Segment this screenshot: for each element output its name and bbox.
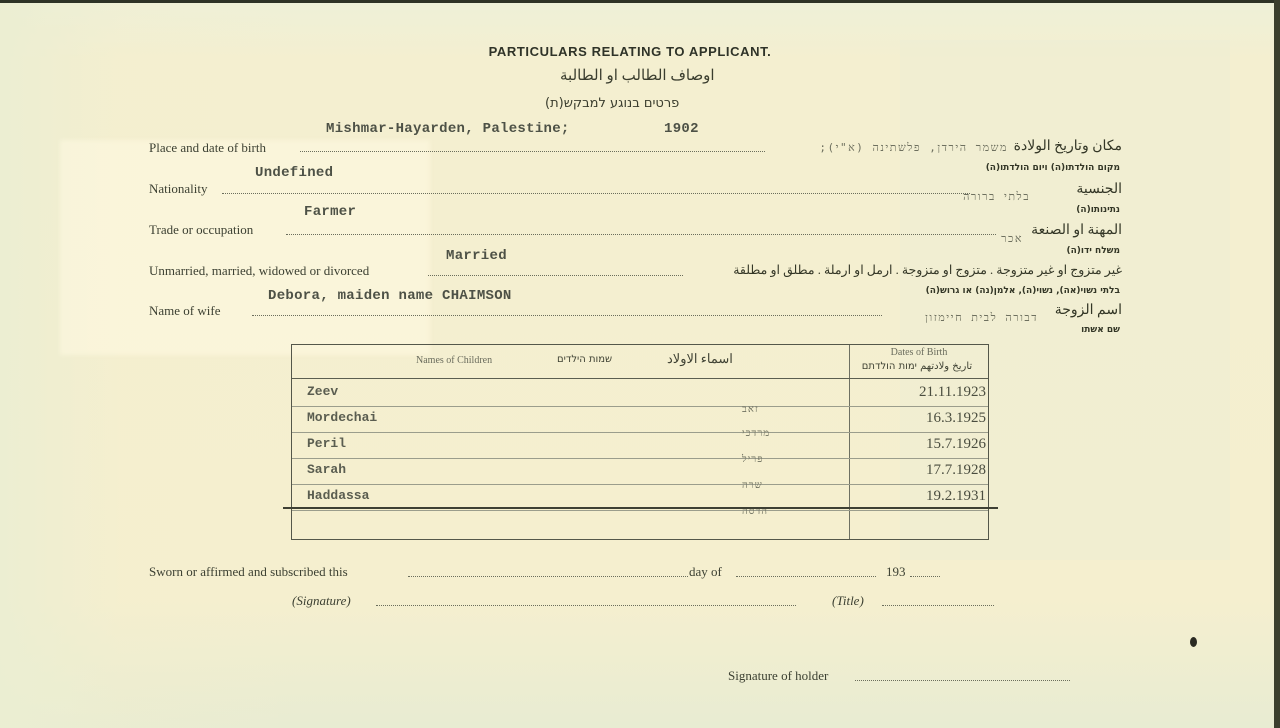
wife-dotted-line xyxy=(252,314,882,316)
child-name: Haddassa xyxy=(307,488,369,503)
occupation-label-arabic: المهنة او الصنعة xyxy=(1031,222,1122,239)
strike-through-line xyxy=(283,507,998,509)
month-line[interactable] xyxy=(736,575,876,577)
child-name-hebrew: פריל xyxy=(742,454,763,465)
table-row: Mordechai זאב 16.3.1925 xyxy=(292,406,988,433)
document-title: PARTICULARS RELATING TO APPLICANT. xyxy=(0,44,1280,59)
child-birth-date: 15.7.1926 xyxy=(926,436,986,453)
occupation-hebrew-typed: אכר xyxy=(998,232,1023,245)
marital-label-hebrew: בלתי נשוי(אה), נשוי(ה), אלמן(נה) או גרוש… xyxy=(926,286,1120,296)
wife-name-label: Name of wife xyxy=(149,303,220,319)
occupation-value: Farmer xyxy=(304,204,356,220)
table-row: Zeev 21.11.1923 xyxy=(292,380,988,407)
child-name-hebrew: שרה xyxy=(742,480,763,491)
children-table: Names of Children שמות הילדים اسماء الاو… xyxy=(291,344,989,540)
nationality-dotted-line xyxy=(222,192,970,194)
marital-status-value: Married xyxy=(446,248,507,264)
year-prefix: 193 xyxy=(886,564,906,580)
marital-label-arabic: غير متزوج او غير متزوجة . متزوج او متزوج… xyxy=(733,262,1122,278)
child-name-hebrew: מרדכי xyxy=(742,428,770,439)
header-dates-rtl: تاريخ ولادتهم ימות הולדתם xyxy=(850,361,984,372)
occupation-dotted-line xyxy=(286,233,996,235)
holder-signature-label: Signature of holder xyxy=(728,668,828,684)
paper-discoloration xyxy=(60,140,430,355)
child-birth-date: 16.3.1925 xyxy=(926,410,986,427)
birth-label-arabic: مكان وتاريخ الولادة xyxy=(1014,138,1122,155)
child-birth-date: 21.11.1923 xyxy=(919,384,986,401)
sworn-day-line[interactable] xyxy=(408,575,688,577)
document-title-arabic: اوصاف الطالب او الطالبة xyxy=(560,66,715,85)
sworn-label: Sworn or affirmed and subscribed this xyxy=(149,564,348,580)
birth-hebrew-typed: משמר הירדן, פלשתינה (א"י); xyxy=(768,141,1008,154)
document-title-hebrew: פרטים בנוגע למבקש(ת) xyxy=(545,96,679,111)
nationality-value: Undefined xyxy=(255,165,333,181)
header-names-arabic: اسماء الاولاد xyxy=(667,351,733,367)
signature-label: (Signature) xyxy=(292,593,351,609)
child-name: Peril xyxy=(307,436,346,451)
scan-right-edge xyxy=(1274,0,1280,728)
birth-label-hebrew: מקום הולדתו(ה) ויום הולדתו(ה) xyxy=(986,163,1120,173)
signature-line[interactable] xyxy=(376,604,796,606)
table-row: Sarah פריל 17.7.1928 xyxy=(292,458,988,485)
nationality-label-hebrew: נתינותו(ה) xyxy=(1076,205,1120,215)
title-line[interactable] xyxy=(882,604,994,606)
wife-hebrew-typed: דבורה לבית חיימזון xyxy=(876,311,1038,324)
occupation-label: Trade or occupation xyxy=(149,222,253,238)
child-birth-date: 19.2.1931 xyxy=(926,488,986,505)
child-name: Zeev xyxy=(307,384,338,399)
scan-top-edge xyxy=(0,0,1280,3)
child-birth-date: 17.7.1928 xyxy=(926,462,986,479)
header-names-of-children: Names of Children xyxy=(416,355,492,366)
ink-blot xyxy=(1190,637,1197,647)
header-dates-of-birth: Dates of Birth xyxy=(850,347,988,358)
child-name-hebrew: זאב xyxy=(742,404,759,415)
children-table-header: Names of Children שמות הילדים اسماء الاو… xyxy=(292,345,988,379)
table-row: Peril מרדכי 15.7.1926 xyxy=(292,432,988,459)
nationality-label-arabic: الجنسية xyxy=(1076,181,1122,198)
nationality-hebrew-typed: בלתי ברורה xyxy=(960,190,1030,203)
marital-dotted-line xyxy=(428,274,683,276)
birth-label: Place and date of birth xyxy=(149,140,266,156)
occupation-label-hebrew: משלח ידו(ה) xyxy=(1066,246,1120,256)
holder-signature-line[interactable] xyxy=(855,679,1070,681)
wife-label-arabic: اسم الزوجة xyxy=(1055,302,1122,319)
child-name: Sarah xyxy=(307,462,346,477)
day-of-label: day of xyxy=(689,564,722,580)
nationality-label: Nationality xyxy=(149,181,208,197)
title-label: (Title) xyxy=(832,593,864,609)
wife-name-value: Debora, maiden name CHAIMSON xyxy=(268,288,512,304)
header-names-hebrew: שמות הילדים xyxy=(557,354,612,365)
birth-dotted-line xyxy=(300,150,765,152)
wife-label-hebrew: שם אשתו xyxy=(1081,325,1120,335)
table-row: הדסה xyxy=(292,510,988,536)
year-line[interactable] xyxy=(910,575,940,577)
birth-place-value: Mishmar-Hayarden, Palestine; xyxy=(326,121,570,137)
marital-status-label: Unmarried, married, widowed or divorced xyxy=(149,263,369,279)
child-name: Mordechai xyxy=(307,410,377,425)
birth-year-value: 1902 xyxy=(664,121,699,137)
